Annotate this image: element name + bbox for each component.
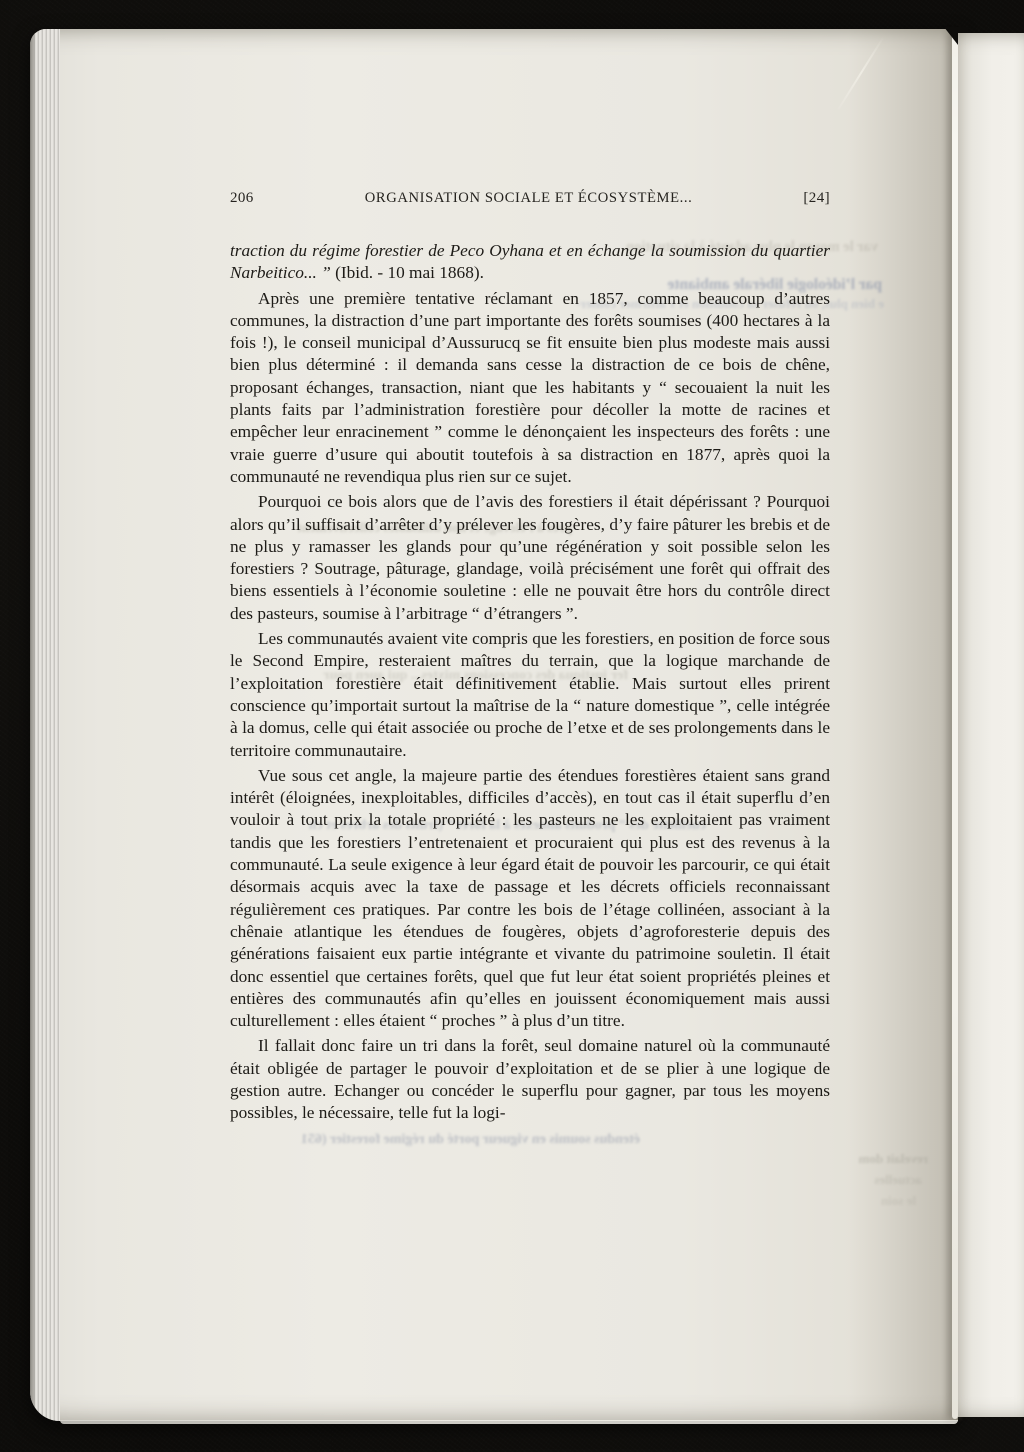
quote-citation: (Ibid. - 10 mai 1868). [331,263,484,282]
page-edge-stack [30,29,60,1421]
body-text: traction du régime forestier de Peco Oyh… [230,240,830,1125]
paragraph: Pourquoi ce bois alors que de l’avis des… [230,491,830,625]
paragraph: Il fallait donc faire un tri dans la for… [230,1035,830,1124]
running-header: 206 ORGANISATION SOCIALE ET ÉCOSYSTÈME..… [230,190,830,207]
paragraph-quote-continuation: traction du régime forestier de Peco Oyh… [230,240,830,285]
facing-page-edge [958,33,1024,1417]
gutter-shadow [848,29,958,1421]
quote-italic-text: traction du régime forestier de Peco Oyh… [230,241,830,282]
running-title: ORGANISATION SOCIALE ET ÉCOSYSTÈME... [254,190,804,207]
photographed-book-scene: var le moyen le plus adapté à la situati… [0,0,1024,1452]
printed-content: 206 ORGANISATION SOCIALE ET ÉCOSYSTÈME..… [230,190,830,1128]
paragraph: Vue sous cet angle, la majeure partie de… [230,765,830,1033]
paragraph: Après une première tentative réclamant e… [230,288,830,489]
page-number: 206 [230,190,254,207]
column-reference: [24] [803,190,830,207]
paragraph: Les communautés avaient vite compris que… [230,628,830,762]
